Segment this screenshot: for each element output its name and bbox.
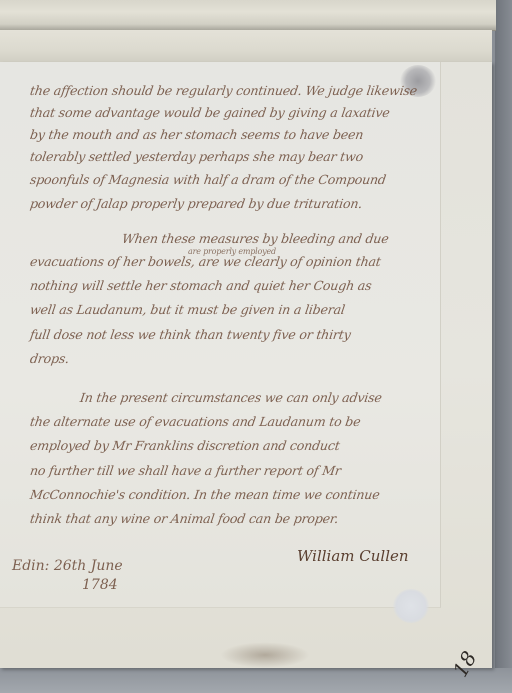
backdrop-right [495, 0, 512, 693]
body-line-10: well as Laudanum, but it must be given i… [28, 299, 346, 321]
date-year: 1784 [82, 577, 118, 593]
body-line-17: McConnochie's condition. In the mean tim… [28, 484, 381, 506]
ink-stain [220, 642, 310, 668]
body-line-18: think that any wine or Animal food can b… [28, 508, 339, 530]
body-line-2: that some advantage would be gained by g… [28, 102, 391, 124]
signature: William Cullen [297, 547, 409, 565]
body-line-11: full dose not less we think than twenty … [28, 324, 352, 346]
body-line-6: powder of Jalap properly prepared by due… [28, 193, 363, 215]
body-line-3: by the mouth and as her stomach seems to… [28, 124, 364, 146]
date-line: Edin: 26th June [12, 558, 123, 574]
body-line-8: evacuations of her bowels, are we clearl… [28, 251, 382, 273]
body-line-4: tolerably settled yesterday perhaps she … [28, 146, 364, 168]
library-stamp-bottom [393, 589, 429, 623]
body-line-5: spoonfuls of Magnesia with half a dram o… [28, 169, 387, 191]
body-line-1: the affection should be regularly contin… [28, 80, 418, 102]
body-line-15: employed by Mr Franklins discretion and … [28, 435, 341, 457]
body-line-13: In the present circumstances we can only… [78, 387, 383, 409]
folded-page-edge [0, 0, 496, 31]
letter-sheet: the affection should be regularly contin… [0, 62, 492, 668]
body-line-14: the alternate use of evacuations and Lau… [28, 411, 362, 433]
backdrop-bottom [0, 668, 512, 693]
body-line-16: no further till we shall have a further … [28, 460, 342, 482]
body-line-9: nothing will settle her stomach and quie… [28, 275, 373, 297]
folded-page-band [0, 30, 492, 64]
body-line-12: drops. [28, 348, 70, 370]
